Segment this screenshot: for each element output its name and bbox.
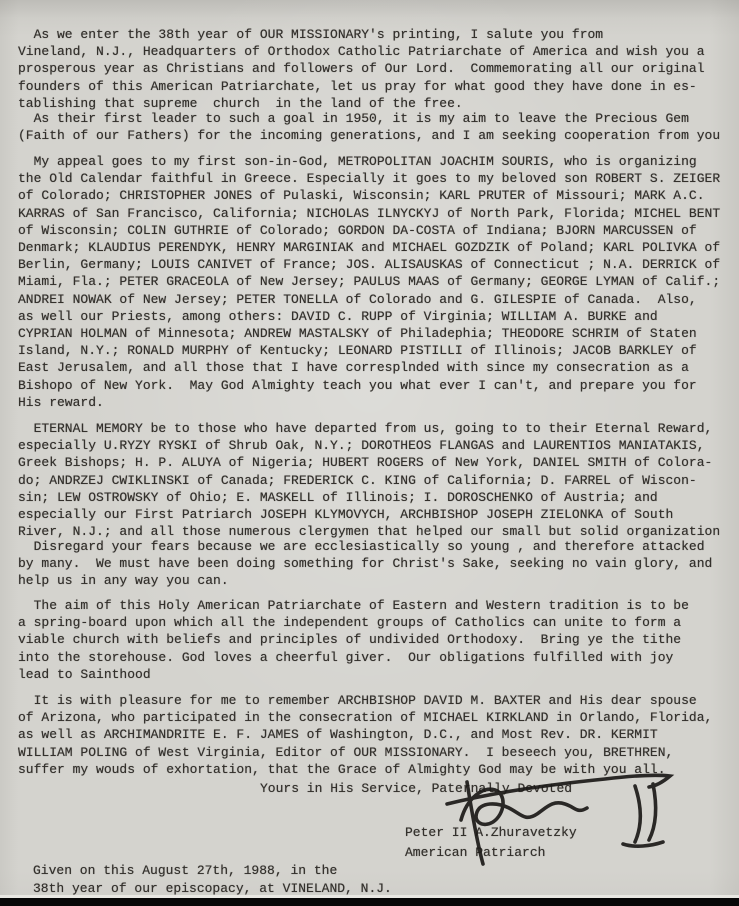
signer-name: Peter II A.Zhuravetzky	[405, 824, 577, 841]
paragraph-eternal-memory: ETERNAL MEMORY be to those who have depa…	[18, 420, 720, 540]
paragraph-pleasure: It is with pleasure for me to remember A…	[18, 692, 712, 778]
scanned-letter-page: As we enter the 38th year of OUR MISSION…	[0, 0, 739, 906]
signer-title: American Patriarch	[405, 844, 545, 861]
paragraph-aim: The aim of this Holy American Patriarcha…	[18, 597, 689, 683]
paragraph-appeal-list: My appeal goes to my first son-in-God, M…	[18, 153, 720, 411]
footer-date-line: Given on this August 27th, 1988, in the	[33, 862, 337, 879]
scan-edge-bar	[0, 898, 739, 906]
closing-salutation: Yours in His Service, Paternally Devoted	[260, 780, 572, 797]
paragraph-first-leader: As their first leader to such a goal in …	[18, 110, 720, 144]
paragraph-intro: As we enter the 38th year of OUR MISSION…	[18, 26, 705, 112]
paragraph-disregard: Disregard your fears because we are eccl…	[18, 538, 712, 590]
